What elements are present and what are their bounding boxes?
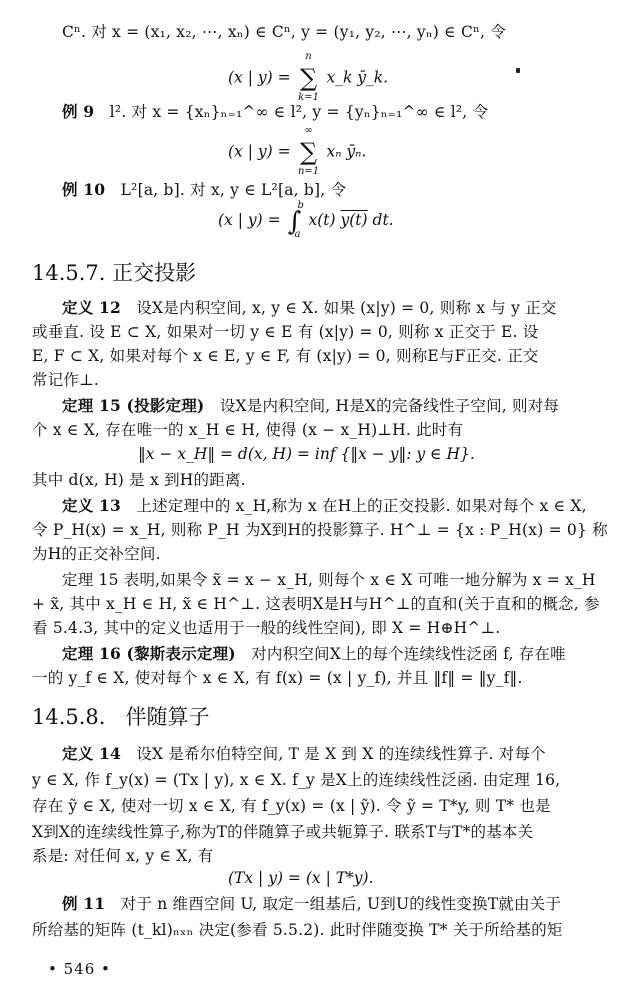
cn-example-line: Cⁿ. 对 x = (x₁, x₂, ⋯, xₙ) ∈ Cⁿ, y = (y₁,…	[62, 22, 506, 42]
sigma-icon: ∑	[300, 64, 317, 92]
sigma-icon: ∑	[300, 138, 317, 166]
theorem-15-equation: ‖x − x_H‖ = d(x, H) = inf {‖x − y‖: y ∈ …	[138, 444, 475, 464]
definition-14-label: 定义 14	[62, 744, 121, 763]
example-9-text: l². 对 x = {xₙ}ₙ₌₁^∞ ∈ l², y = {yₙ}ₙ₌₁^∞ …	[110, 103, 489, 121]
example-9-line: 例 9 l². 对 x = {xₙ}ₙ₌₁^∞ ∈ l², y = {yₙ}ₙ₌…	[62, 102, 488, 122]
theorem-16-line-1: 定理 16 (黎斯表示定理) 对内积空间X上的每个连续线性泛函 f, 存在唯	[62, 644, 566, 664]
eq1-lhs: (x | y) =	[228, 69, 291, 87]
integral-symbol: b ∫ a	[286, 211, 304, 232]
eq2-sum-lower: n=1	[296, 167, 322, 177]
definition-12-line-3: E, F ⊂ X, 如果对每个 x ∈ E, y ∈ F, 有 (x|y) = …	[32, 346, 539, 366]
definition-12-label: 定义 12	[62, 298, 121, 317]
eq1-rhs: x_k ȳ_k.	[326, 69, 388, 87]
definition-14-text: 设X 是希尔伯特空间, T 是 X 到 X 的连续线性算子. 对每个	[136, 745, 546, 763]
eq3-rhs-ybar: y(t)	[340, 211, 367, 229]
equation-L2-inner-product: (x | y) = b ∫ a x(t) y(t) dt.	[218, 210, 394, 232]
example-11-text: 对于 n 维酉空间 U, 取定一组基后, U到U的线性变换T就由关于	[121, 895, 561, 913]
eq3-rhs-dt: dt.	[373, 211, 394, 229]
section-number: 14.5.7.	[32, 261, 105, 285]
definition-14-line-5: 系是: 对任何 x, y ∈ X, 有	[32, 846, 213, 866]
definition-12-text: 设X是内积空间, x, y ∈ X. 如果 (x|y) = 0, 则称 x 与 …	[136, 299, 556, 317]
eq3-int-lower: a	[292, 230, 304, 240]
eq2-sum-upper: ∞	[296, 126, 322, 136]
definition-14-line-2: y ∈ X, 作 f_y(x) = (Tx | y), x ∈ X. f_y 是…	[32, 770, 560, 790]
theorem-15-line-2: 个 x ∈ X, 存在唯一的 x_H ∈ H, 使得 (x − x_H)⊥H. …	[32, 420, 463, 440]
definition-14-line-4: X到X的连续线性算子,称为T的伴随算子或共轭算子. 联系T与T*的基本关	[32, 822, 533, 842]
page-number: • 546 •	[48, 960, 111, 978]
theorem-16-text: 对内积空间X上的每个连续线性泛函 f, 存在唯	[251, 645, 566, 663]
eq2-rhs: xₙ ȳₙ.	[326, 143, 366, 161]
remark-line-1: 定理 15 表明,如果令 x̃ = x − x_H, 则每个 x ∈ X 可唯一…	[62, 570, 596, 590]
theorem-16-label: 定理 16 (黎斯表示定理)	[62, 644, 236, 663]
example-11-line-2: 所给基的矩阵 (t_kl)ₙₓₙ 决定(参看 5.5.2). 此时伴随变换 T*…	[32, 920, 563, 940]
summation-symbol: ∞ ∑ n=1	[296, 140, 322, 165]
definition-13-text: 上述定理中的 x_H,称为 x 在H上的正交投影. 如果对每个 x ∈ X,	[136, 497, 586, 515]
definition-13-line-3: 为H的正交补空间.	[32, 544, 161, 564]
example-10-label: 例 10	[62, 180, 105, 199]
section-number: 14.5.8.	[32, 705, 105, 729]
remark-line-2: + x̃, 其中 x_H ∈ H, x̃ ∈ H^⊥. 这表明X是H与H^⊥的直…	[32, 594, 600, 614]
definition-14-equation: (Tx | y) = (x | T*y).	[228, 868, 374, 888]
example-11-line-1: 例 11 对于 n 维酉空间 U, 取定一组基后, U到U的线性变换T就由关于	[62, 894, 561, 914]
theorem-16-line-2: 一的 y_f ∈ X, 使对每个 x ∈ X, 有 f(x) = (x | y_…	[32, 668, 523, 688]
definition-14-line-3: 存在 ỹ ∈ X, 使对一切 x ∈ X, 有 f_y(x) = (x | ỹ)…	[32, 796, 551, 816]
example-11-label: 例 11	[62, 894, 105, 913]
equation-cn-inner-product: (x | y) = n ∑ k=1 x_k ȳ_k.	[228, 66, 388, 91]
example-10-text: L²[a, b]. 对 x, y ∈ L²[a, b], 令	[121, 181, 347, 199]
definition-13-line-1: 定义 13 上述定理中的 x_H,称为 x 在H上的正交投影. 如果对每个 x …	[62, 496, 587, 516]
eq3-lhs: (x | y) =	[218, 211, 281, 229]
section-heading-14-5-8: 14.5.8. 伴随算子	[32, 704, 210, 730]
summation-symbol: n ∑ k=1	[296, 66, 322, 91]
eq2-lhs: (x | y) =	[228, 143, 291, 161]
definition-13-label: 定义 13	[62, 496, 121, 515]
theorem-15-line-1: 定理 15 (投影定理) 设X是内积空间, H是X的完备线性子空间, 则对每	[62, 396, 559, 416]
theorem-15-text: 设X是内积空间, H是X的完备线性子空间, 则对每	[220, 397, 559, 415]
example-9-label: 例 9	[62, 102, 94, 121]
eq1-sum-upper: n	[296, 52, 322, 62]
remark-line-3: 看 5.4.3, 其中的定义也适用于一般的线性空间), 即 X = H⊕H^⊥.	[32, 618, 500, 638]
eq3-rhs-x: x(t)	[308, 211, 335, 229]
scan-speck	[516, 68, 520, 73]
example-10-line: 例 10 L²[a, b]. 对 x, y ∈ L²[a, b], 令	[62, 180, 346, 200]
definition-12-line-2: 或垂直. 设 E ⊂ X, 如果对一切 y ∈ E 有 (x|y) = 0, 则…	[32, 322, 538, 342]
section-heading-14-5-7: 14.5.7. 正交投影	[32, 260, 196, 286]
document-page: Cⁿ. 对 x = (x₁, x₂, ⋯, xₙ) ∈ Cⁿ, y = (y₁,…	[0, 0, 640, 988]
section-title: 伴随算子	[126, 705, 210, 729]
eq3-int-upper: b	[298, 201, 304, 211]
equation-l2-inner-product: (x | y) = ∞ ∑ n=1 xₙ ȳₙ.	[228, 140, 366, 165]
theorem-15-line-3: 其中 d(x, H) 是 x 到H的距离.	[32, 470, 246, 490]
theorem-15-label: 定理 15 (投影定理)	[62, 396, 204, 415]
section-title: 正交投影	[112, 261, 196, 285]
definition-12-line-4: 常记作⊥.	[32, 370, 99, 390]
definition-12-line-1: 定义 12 设X是内积空间, x, y ∈ X. 如果 (x|y) = 0, 则…	[62, 298, 557, 318]
definition-13-line-2: 令 P_H(x) = x_H, 则称 P_H 为X到H的投影算子. H^⊥ = …	[32, 520, 608, 540]
definition-14-line-1: 定义 14 设X 是希尔伯特空间, T 是 X 到 X 的连续线性算子. 对每个	[62, 744, 546, 764]
